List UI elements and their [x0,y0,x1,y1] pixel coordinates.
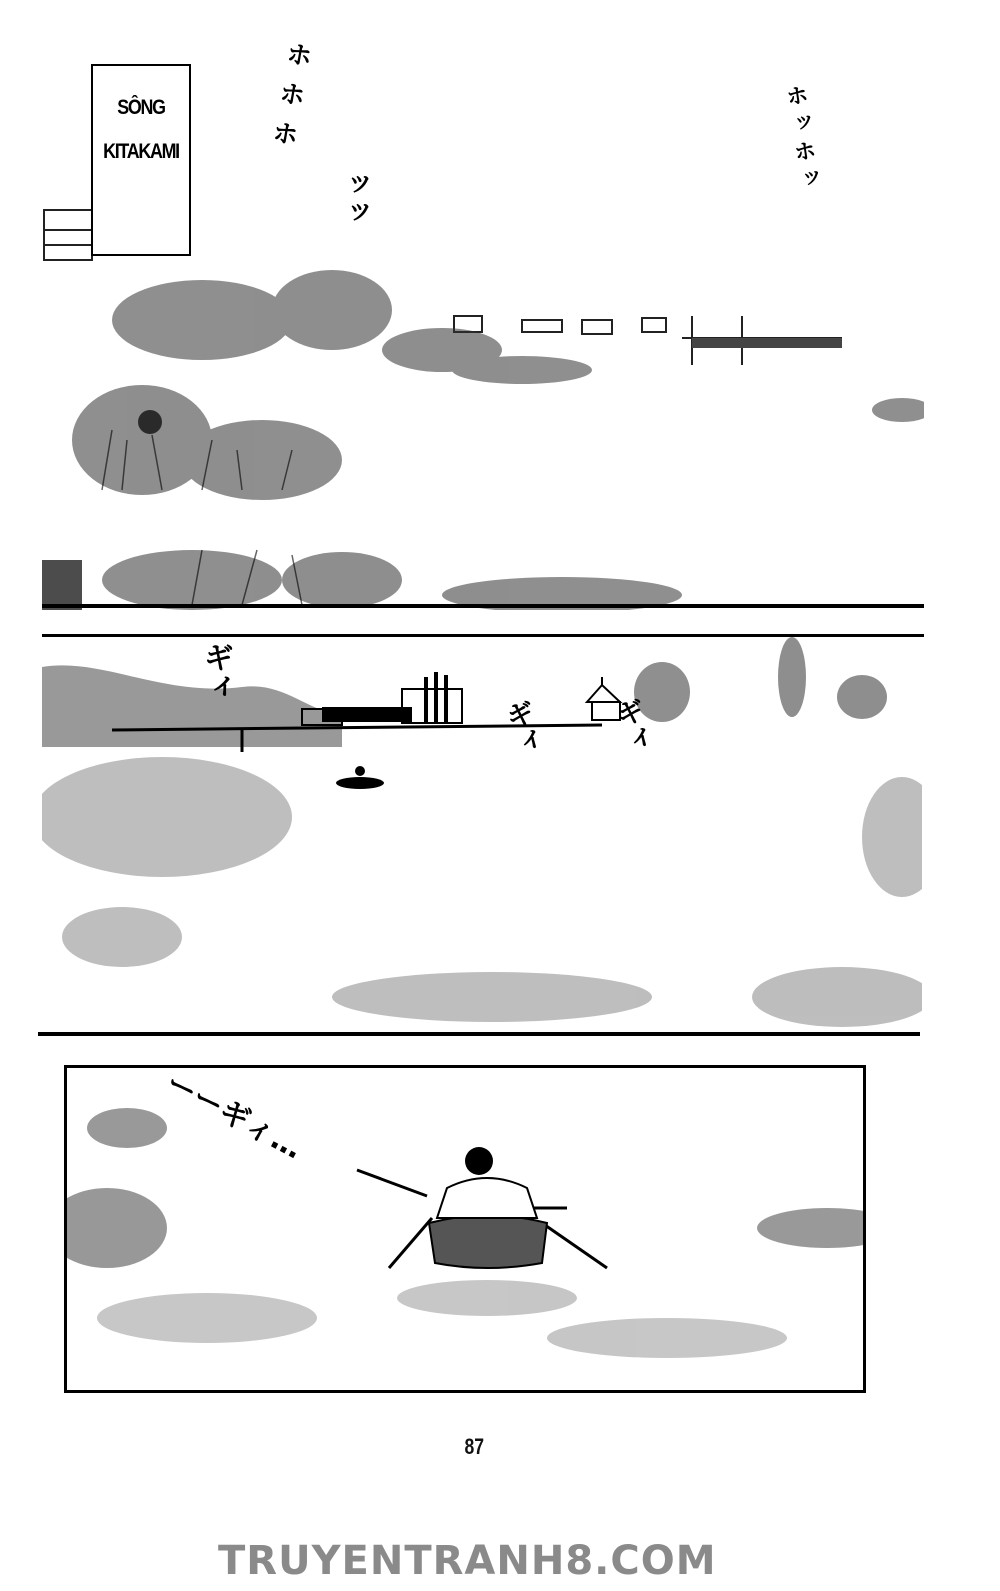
sound-effect-tsu: ッッ [340,170,368,226]
location-caption: SÔNG KITAKAMI [91,64,191,256]
site-watermark: TRUYENTRANH8.COM [218,1538,717,1584]
panel-divider [42,604,924,608]
rower-illustration [67,1068,863,1390]
caption-line-2: KITAKAMI [100,140,182,164]
panel-divider [38,1032,920,1036]
page-number: 87 [464,1434,484,1460]
river-town-illustration [42,637,922,1032]
sound-effect-gii-left: ギィ [200,642,230,702]
panel-2 [42,637,922,1032]
caption-line-1: SÔNG [100,96,182,120]
panel-3 [64,1065,866,1393]
